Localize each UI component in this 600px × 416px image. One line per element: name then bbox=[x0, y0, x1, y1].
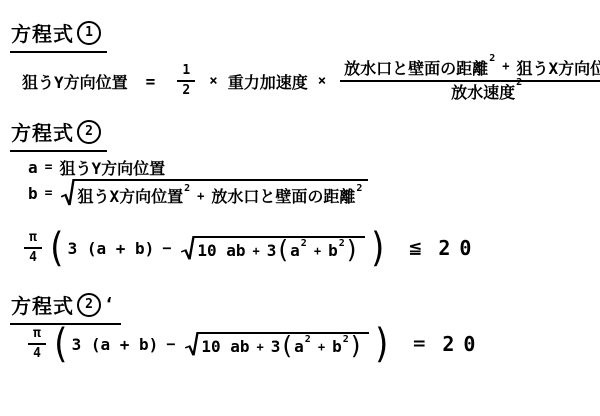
circled-number-1: 1 bbox=[77, 21, 101, 45]
plus-operator: + bbox=[257, 340, 264, 354]
plus-operator: + bbox=[314, 244, 321, 258]
coefficient-3: 3 bbox=[271, 337, 281, 356]
inequality-rhs-value: 20 bbox=[438, 236, 480, 260]
page-root: 方程式 1 狙うY方向位置 = 1 2 × 重力加速度 × 放水口と壁面の距離 … bbox=[0, 0, 600, 416]
square-root: 10 ab + 3 ( a 2 + b 2 ) bbox=[185, 332, 368, 357]
superscript-2: 2 bbox=[305, 334, 311, 345]
close-paren: ) bbox=[375, 328, 388, 361]
sqrt-body: 10 ab + 3 ( a 2 + b 2 ) bbox=[198, 332, 368, 357]
equals-sign: = bbox=[45, 160, 53, 175]
term-10ab: 10 ab bbox=[197, 241, 245, 260]
equation2-heading: 方程式 2 bbox=[10, 117, 107, 152]
gravity-label: 重力加速度 bbox=[228, 70, 308, 93]
plus-operator: + bbox=[318, 340, 325, 354]
equals-sign: = bbox=[146, 72, 156, 91]
variable-b: b bbox=[328, 241, 338, 260]
pi-over-four: π 4 bbox=[28, 327, 46, 362]
open-paren: ( bbox=[50, 232, 63, 265]
fraction-one-half: 1 2 bbox=[177, 64, 195, 99]
pi-symbol: π bbox=[24, 231, 42, 249]
superscript-2: 2 bbox=[301, 238, 307, 249]
equation1-formula: 狙うY方向位置 = 1 2 × 重力加速度 × 放水口と壁面の距離 2 + 狙う… bbox=[22, 56, 600, 106]
four-denominator: 4 bbox=[24, 249, 42, 265]
close-paren: ) bbox=[347, 240, 357, 260]
variable-a: a bbox=[294, 337, 304, 356]
term-10ab: 10 ab bbox=[201, 337, 249, 356]
fraction-denominator: 2 bbox=[177, 82, 195, 98]
plus-operator: + bbox=[253, 244, 260, 258]
equation2-prime-heading-text: 方程式 bbox=[11, 290, 74, 319]
times-operator: × bbox=[209, 73, 217, 89]
water-speed-term: 放水速度 bbox=[451, 84, 515, 102]
equation2-prime-formula: π 4 ( 3 (a + b) − 10 ab + 3 ( a 2 + b 2 … bbox=[24, 322, 484, 366]
definition-b: b = 狙うX方向位置 2 + 放水口と壁面の距離 2 bbox=[28, 178, 370, 208]
term-3ab: 3 (a + b) bbox=[68, 239, 155, 258]
equation1-heading-text: 方程式 bbox=[11, 18, 74, 47]
minus-operator: − bbox=[166, 335, 175, 353]
minus-operator: − bbox=[162, 239, 171, 257]
prime-mark: ‘ bbox=[104, 295, 115, 315]
distance-term: 放水口と壁面の距離 bbox=[211, 184, 355, 207]
equation1-lhs: 狙うY方向位置 bbox=[22, 70, 128, 93]
main-fraction-numerator: 放水口と壁面の距離 2 + 狙うX方向位置 2 bbox=[340, 60, 600, 82]
equation2-inequality: π 4 ( 3 (a + b) − 10 ab + 3 ( a 2 + b 2 … bbox=[20, 226, 480, 270]
sqrt-radical-icon bbox=[61, 179, 75, 207]
pi-symbol: π bbox=[28, 327, 46, 345]
variable-b: b bbox=[332, 337, 342, 356]
superscript-2: 2 bbox=[339, 238, 345, 249]
distance-term: 放水口と壁面の距離 bbox=[344, 60, 488, 78]
x-position-term: 狙うX方向位置 bbox=[77, 184, 183, 207]
definition-a-value: 狙うY方向位置 bbox=[59, 156, 165, 179]
open-paren: ( bbox=[278, 240, 288, 260]
variable-b: b bbox=[28, 184, 38, 203]
superscript-2: 2 bbox=[356, 183, 362, 194]
equation1-heading: 方程式 1 bbox=[10, 18, 107, 53]
superscript-2: 2 bbox=[184, 183, 190, 194]
square-root: 10 ab + 3 ( a 2 + b 2 ) bbox=[181, 236, 364, 261]
sqrt-radical-icon bbox=[181, 236, 195, 261]
x-position-term: 狙うX方向位置 bbox=[516, 60, 600, 78]
four-denominator: 4 bbox=[28, 345, 46, 361]
sqrt-body: 10 ab + 3 ( a 2 + b 2 ) bbox=[194, 236, 364, 261]
variable-a: a bbox=[28, 158, 38, 177]
open-paren: ( bbox=[282, 336, 292, 356]
pi-over-four: π 4 bbox=[24, 231, 42, 266]
term-3ab: 3 (a + b) bbox=[72, 335, 159, 354]
definition-a: a = 狙うY方向位置 bbox=[28, 156, 165, 178]
superscript-2: 2 bbox=[343, 334, 349, 345]
close-paren: ) bbox=[351, 336, 361, 356]
variable-a: a bbox=[290, 241, 300, 260]
main-fraction-denominator: 放水速度 2 bbox=[447, 82, 526, 102]
superscript-2: 2 bbox=[516, 77, 522, 88]
sqrt-radical-icon bbox=[185, 332, 199, 357]
coefficient-3: 3 bbox=[267, 241, 277, 260]
square-root: 狙うX方向位置 2 + 放水口と壁面の距離 2 bbox=[61, 179, 368, 207]
circled-number-2: 2 bbox=[77, 120, 101, 144]
plus-operator: + bbox=[502, 60, 509, 73]
equation2-heading-text: 方程式 bbox=[11, 117, 74, 146]
superscript-2: 2 bbox=[489, 53, 495, 64]
plus-operator: + bbox=[197, 189, 204, 203]
circled-number-2: 2 bbox=[77, 293, 101, 317]
open-paren: ( bbox=[54, 328, 67, 361]
equation-rhs-value: 20 bbox=[442, 332, 484, 356]
equals-sign: = bbox=[412, 334, 426, 354]
times-operator: × bbox=[318, 73, 326, 89]
fraction-numerator: 1 bbox=[177, 64, 195, 82]
equals-sign: = bbox=[45, 186, 53, 201]
less-than-or-equal-sign: ≦ bbox=[408, 238, 422, 258]
main-fraction: 放水口と壁面の距離 2 + 狙うX方向位置 2 放水速度 2 bbox=[340, 60, 600, 101]
sqrt-body: 狙うX方向位置 2 + 放水口と壁面の距離 2 bbox=[74, 179, 368, 207]
close-paren: ) bbox=[371, 232, 384, 265]
